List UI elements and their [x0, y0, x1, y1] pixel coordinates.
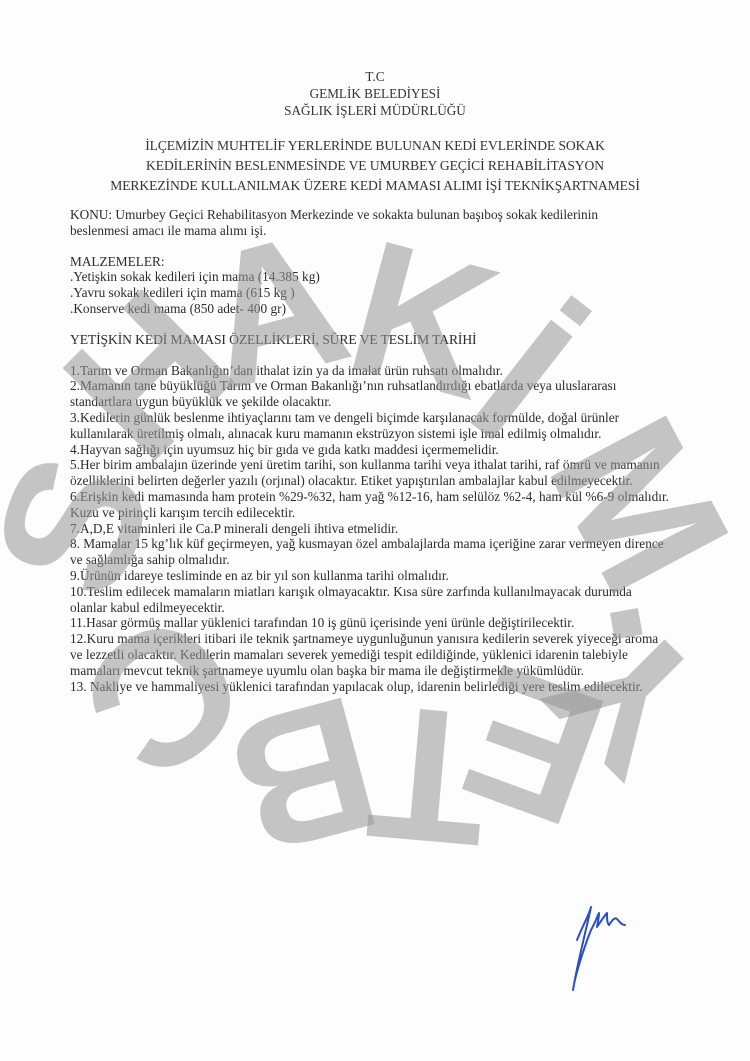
spec-item-1: 1.Tarım ve Orman Bakanlığın’dan ithalat …: [70, 363, 670, 379]
konu-line-1: KONU: Umurbey Geçici Rehabilitasyon Merk…: [70, 207, 670, 223]
spec-item-8: 8. Mamalar 15 kg’lık küf geçirmeyen, yağ…: [70, 536, 670, 568]
konu-line-2: beslenmesi amacı ile mama alımı işi.: [70, 223, 670, 239]
header-municipality: GEMLİK BELEDİYESİ: [0, 85, 750, 102]
title-line-2: KEDİLERİNİN BESLENMESİNDE VE UMURBEY GEÇ…: [0, 156, 750, 176]
signature: [555, 895, 635, 995]
malzeme-item: .Yetişkin sokak kedileri için mama (14.3…: [70, 269, 670, 285]
spec-item-7: 7.A,D,E vitaminleri ile Ca.P minerali de…: [70, 521, 670, 537]
document-page: T.C GEMLİK BELEDİYESİ SAĞLIK İŞLERİ MÜDÜ…: [0, 0, 750, 1061]
spec-item-4: 4.Hayvan sağlığı için uyumsuz hiç bir gı…: [70, 442, 670, 458]
spec-item-11: 11.Hasar görmüş mallar yüklenici tarafın…: [70, 615, 670, 631]
malzeme-item: .Konserve kedi mama (850 adet- 400 gr): [70, 301, 670, 317]
malzeme-item: .Yavru sokak kedileri için mama (615 kg …: [70, 285, 670, 301]
spec-item-5: 5.Her birim ambalajın üzerinde yeni üret…: [70, 457, 670, 489]
spec-item-9: 9.Ürünün idareye tesliminde en az bir yı…: [70, 568, 670, 584]
watermark-letter: T: [362, 675, 494, 874]
spec-item-3: 3.Kedilerin günlük beslenme ihtiyaçların…: [70, 410, 670, 442]
spec-item-13: 13. Nakliye ve hammaliyesi yüklenici tar…: [70, 679, 670, 695]
spec-item-12: 12.Kuru mama içerikleri itibari ile tekn…: [70, 631, 670, 678]
document-body: KONU: Umurbey Geçici Rehabilitasyon Merk…: [70, 207, 670, 694]
title-line-3: MERKEZİNDE KULLANILMAK ÜZERE KEDİ MAMASI…: [0, 176, 750, 196]
spec-item-10: 10.Teslim edilecek mamaların miatları ka…: [70, 584, 670, 616]
document-title: İLÇEMİZİN MUHTELİF YERLERİNDE BULUNAN KE…: [0, 136, 750, 196]
header-tc: T.C: [0, 68, 750, 85]
spec-item-2: 2.Mamanın tane büyüklüğü Tarım ve Orman …: [70, 378, 670, 410]
section-heading: YETİŞKİN KEDİ MAMASI ÖZELLİKLERİ, SÜRE V…: [70, 332, 670, 348]
spec-item-6: 6.Erişkin kedi mamasında ham protein %29…: [70, 489, 670, 521]
header-department: SAĞLIK İŞLERİ MÜDÜRLÜĞÜ: [0, 102, 750, 119]
watermark-letter: B: [213, 665, 395, 884]
document-header: T.C GEMLİK BELEDİYESİ SAĞLIK İŞLERİ MÜDÜ…: [0, 68, 750, 119]
title-line-1: İLÇEMİZİN MUHTELİF YERLERİNDE BULUNAN KE…: [0, 136, 750, 156]
malzemeler-heading: MALZEMELER:: [70, 254, 670, 270]
